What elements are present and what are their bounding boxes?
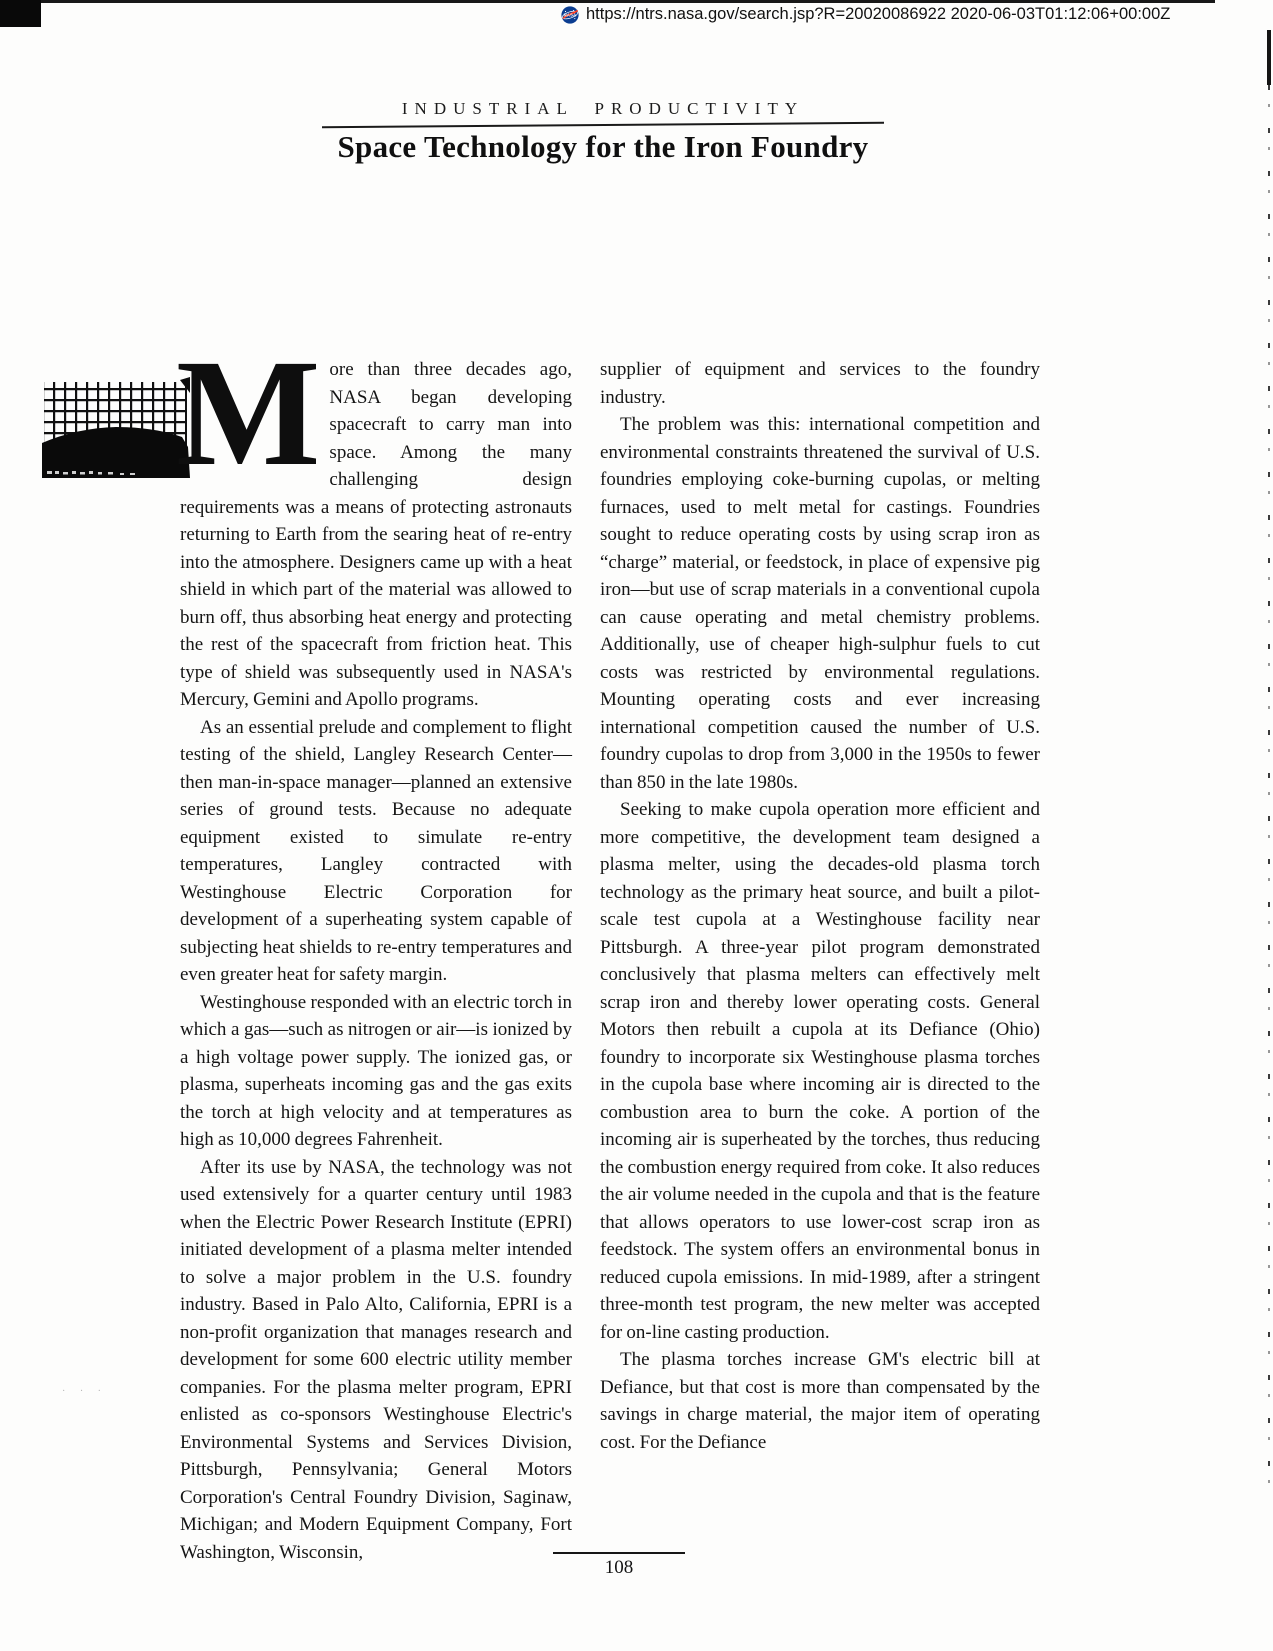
paragraph: The plasma torches increase GM's electri… [600,1346,1040,1456]
article-title: Space Technology for the Iron Foundry [322,129,884,165]
right-column: supplier of equipment and services to th… [600,356,1040,1566]
url-overlay: NASA https://ntrs.nasa.gov/search.jsp?R=… [561,5,1170,24]
url-text[interactable]: https://ntrs.nasa.gov/search.jsp?R=20020… [586,5,1170,24]
paragraph: More than three decades ago, NASA began … [180,356,572,714]
svg-text:NASA: NASA [564,12,577,17]
scanned-page: NASA https://ntrs.nasa.gov/search.jsp?R=… [0,0,1273,1651]
page-number: 108 [553,1557,685,1579]
paragraph: Westinghouse responded with an electric … [180,989,572,1154]
paragraph: After its use by NASA, the technology wa… [180,1154,572,1567]
scan-artifact-top-line [30,0,1215,3]
scan-artifact-corner-block [0,0,41,27]
scan-speck: · · · [62,1386,107,1397]
section-kicker: INDUSTRIAL PRODUCTIVITY [322,99,884,119]
article-body: More than three decades ago, NASA began … [180,356,1040,1566]
paragraph: supplier of equipment and services to th… [600,356,1040,411]
page-footer: 108 [553,1552,685,1579]
left-column: More than three decades ago, NASA began … [180,356,572,1566]
nasa-logo-icon: NASA [561,6,579,24]
scan-artifact-right-edge-dashes [1268,85,1270,1485]
page-number-rule [553,1552,685,1554]
paragraph: Seeking to make cupola operation more ef… [600,796,1040,1346]
kicker-rule [322,122,884,128]
article-header: INDUSTRIAL PRODUCTIVITY Space Technology… [322,99,884,165]
paragraph: As an essential prelude and complement t… [180,714,572,989]
paragraph: The problem was this: international comp… [600,411,1040,796]
scan-artifact-right-edge [1267,30,1271,85]
drop-cap: M [176,360,320,468]
heat-shield-photo [42,377,190,478]
